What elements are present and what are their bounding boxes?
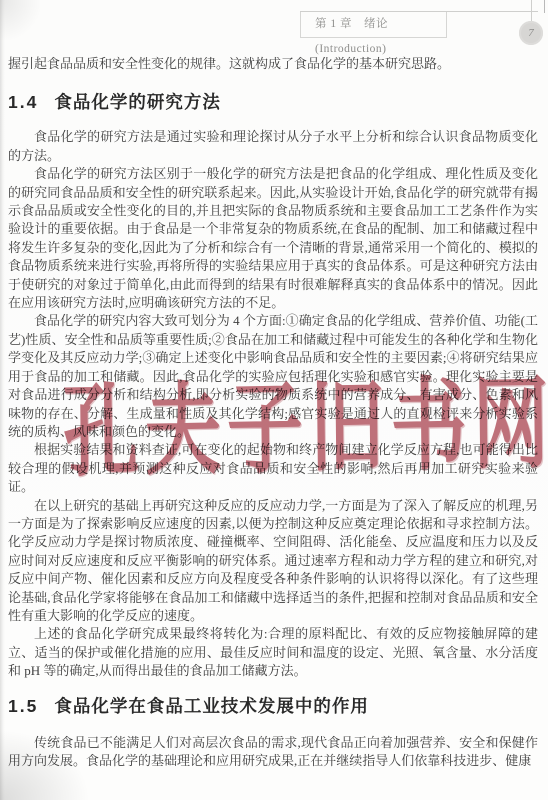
section-number: 1.4 <box>8 92 38 112</box>
paragraph: 食品化学的研究方法区别于一般化学的研究方法是把食品的化学组成、理化性质及变化的研… <box>8 165 538 312</box>
paragraph: 在以上研究的基础上再研究这种反应的反应动力学,一方面是为了深入了解反应的机理,另… <box>8 497 538 626</box>
section-heading-1-4: 1.4食品化学的研究方法 <box>8 90 538 115</box>
paragraph: 食品化学的研究内容大致可划分为 4 个方面:①确定食品的化学组成、营养价值、功能… <box>8 312 538 441</box>
page-content: 握引起食品品质和安全性变化的规律。这就构成了食品化学的基本研究思路。 1.4食品… <box>8 0 538 770</box>
paragraph: 根据实验结果和资料查证,可在变化的起始物和终产物间建立化学反应方程,也可能得出比… <box>8 441 538 496</box>
book-page: 第 1 章 绪论(Introduction) 7 握引起食品品质和安全性变化的规… <box>0 0 548 800</box>
paragraph: 食品化学的研究方法是通过实验和理论探讨从分子水平上分析和综合认识食品物质变化的方… <box>8 128 538 165</box>
scan-line-top-right <box>544 0 545 13</box>
continuation-line: 握引起食品品质和安全性变化的规律。这就构成了食品化学的基本研究思路。 <box>8 55 538 73</box>
scan-edge-shadow-left <box>0 0 5 800</box>
section-title: 食品化学在食品工业技术发展中的作用 <box>54 696 369 716</box>
section-heading-1-5: 1.5食品化学在食品工业技术发展中的作用 <box>8 694 538 719</box>
paragraph: 上述的食品化学研究成果最终将转化为:合理的原料配比、有效的反应物接触屏障的建立、… <box>8 625 538 680</box>
paragraph: 传统食品已不能满足人们对高层次食品的需求,现代食品正向着加强营养、安全和保健作用… <box>8 734 538 771</box>
section-title: 食品化学的研究方法 <box>54 92 221 112</box>
section-number: 1.5 <box>8 696 38 716</box>
